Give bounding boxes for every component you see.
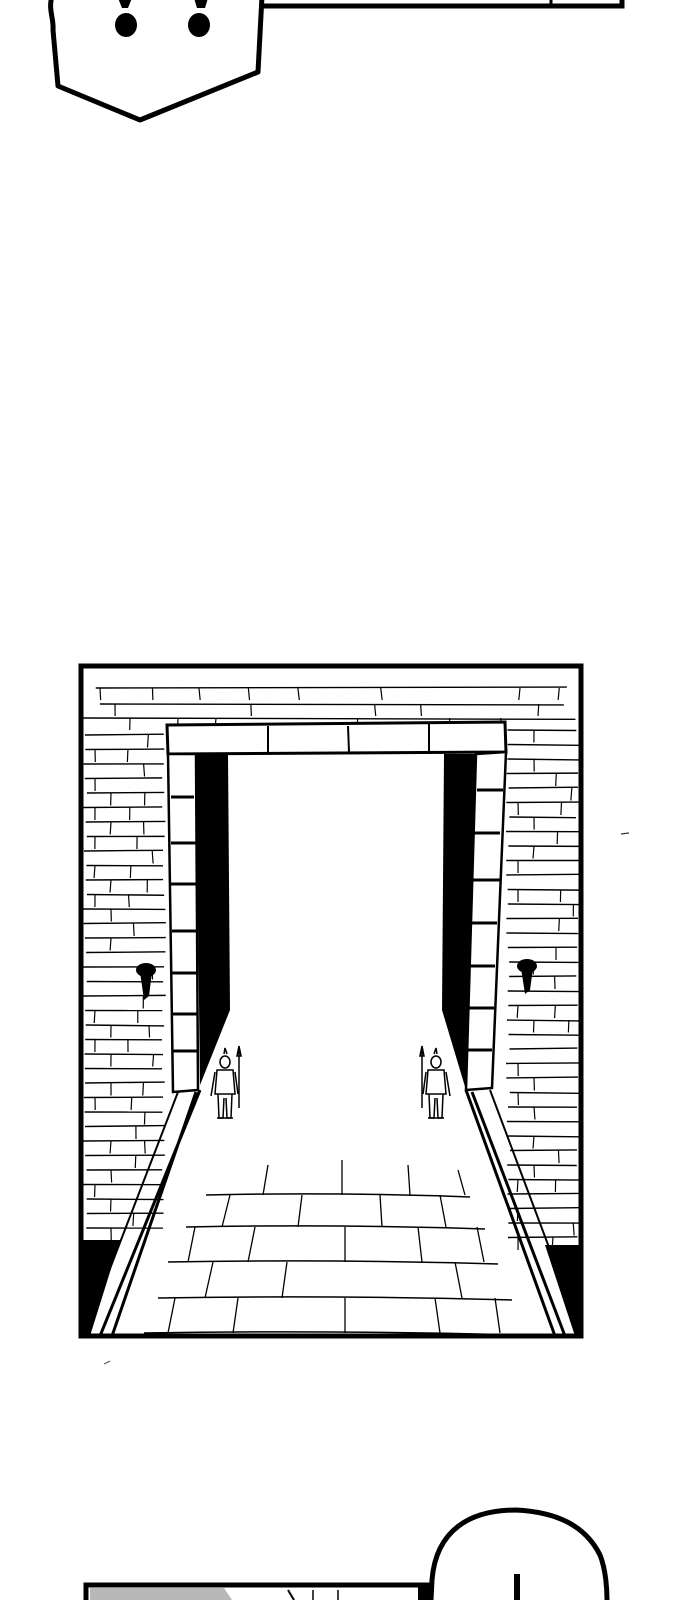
gate-panel	[81, 666, 581, 1336]
bottom-speech-bubble	[431, 1510, 607, 1600]
exclamation-mark	[514, 1574, 520, 1600]
top-speech-bubble	[51, 0, 622, 120]
ink-speck	[621, 833, 629, 834]
gate-lintel	[167, 722, 506, 754]
comic-page	[0, 0, 690, 1600]
ink-speck	[104, 1361, 110, 1364]
bottom-panel	[86, 1585, 434, 1600]
